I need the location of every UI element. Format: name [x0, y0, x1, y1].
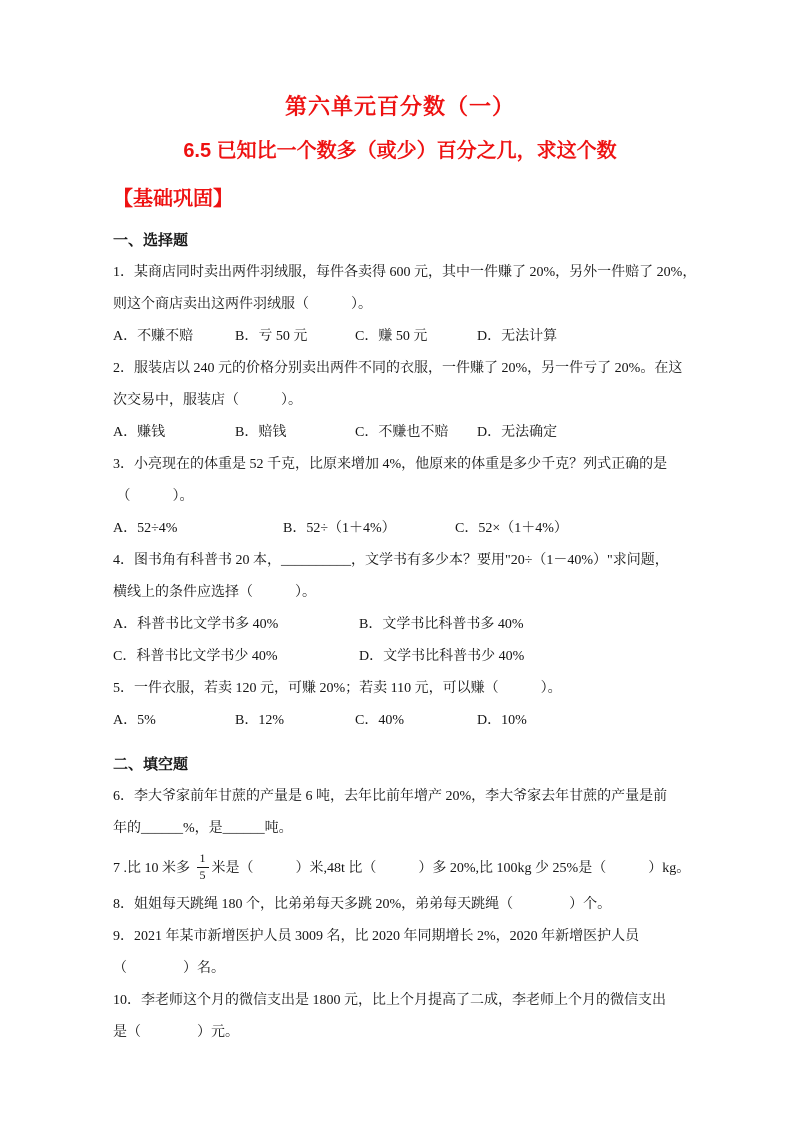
q4-options-row-2: C．科普书比文学书少 40% D．文学书比科普书少 40%: [113, 641, 687, 673]
q1-option-b: B．亏 50 元: [235, 321, 355, 353]
q6-line-2: 年的______%，是______吨。: [113, 813, 687, 845]
q4-option-d: D．文学书比科普书少 40%: [359, 641, 524, 673]
q4-option-b: B．文学书比科普书多 40%: [359, 609, 524, 641]
q3-option-b: B．52÷（1＋4%）: [283, 513, 455, 545]
q5-option-b: B．12%: [235, 705, 355, 737]
q3-options-row: A．52÷4% B．52÷（1＋4%） C．52×（1＋4%）: [113, 513, 687, 545]
q4-options-row-1: A．科普书比文学书多 40% B．文学书比科普书多 40%: [113, 609, 687, 641]
q2-option-b: B．赔钱: [235, 417, 355, 449]
doc-subtitle: 6.5 已知比一个数多（或少）百分之几，求这个数: [113, 138, 687, 164]
q3-option-a: A．52÷4%: [113, 513, 283, 545]
q4-option-a: A．科普书比文学书多 40%: [113, 609, 359, 641]
q1-options-row: A．不赚不赔 B．亏 50 元 C．赚 50 元 D．无法计算: [113, 321, 687, 353]
q4-line-1: 4．图书角有科普书 20 本，__________，文学书有多少本？要用"20÷…: [113, 545, 687, 577]
q7-text-post: 米是（ ）米,48t 比（ ）多 20%,比 100kg 少 25%是（ ）kg…: [212, 857, 691, 877]
q8-line-1: 8．姐姐每天跳绳 180 个，比弟弟每天多跳 20%，弟弟每天跳绳（ ）个。: [113, 889, 687, 921]
fraction-numerator: 1: [197, 852, 209, 867]
q3-line-2: （ ）。: [113, 481, 687, 513]
q5-option-a: A．5%: [113, 705, 235, 737]
q3-option-c: C．52×（1＋4%）: [455, 513, 568, 545]
q9-line-2: （ ）名。: [113, 953, 687, 985]
fraction-one-fifth: 1 5: [197, 852, 209, 883]
worksheet-page: 第六单元百分数（一） 6.5 已知比一个数多（或少）百分之几，求这个数 【基础巩…: [0, 0, 793, 1122]
q1-line-1: 1．某商店同时卖出两件羽绒服，每件各卖得 600 元，其中一件赚了 20%，另外…: [113, 257, 687, 289]
q9-line-1: 9．2021 年某市新增医护人员 3009 名，比 2020 年同期增长 2%，…: [113, 921, 687, 953]
worksheet-content: 第六单元百分数（一） 6.5 已知比一个数多（或少）百分之几，求这个数 【基础巩…: [0, 0, 793, 1049]
q5-options-row: A．5% B．12% C．40% D．10%: [113, 705, 687, 737]
q1-option-c: C．赚 50 元: [355, 321, 477, 353]
q7-line: 7 .比 10 米多 1 5 米是（ ）米,48t 比（ ）多 20%,比 10…: [113, 845, 687, 889]
q5-line-1: 5．一件衣服，若卖 120 元，可赚 20%；若卖 110 元，可以赚（ ）。: [113, 673, 687, 705]
q2-option-c: C．不赚也不赔: [355, 417, 477, 449]
q3-line-1: 3．小亮现在的体重是 52 千克，比原来增加 4%，他原来的体重是多少千克？列式…: [113, 449, 687, 481]
q1-option-d: D．无法计算: [477, 321, 557, 353]
part2-fill-header: 二、填空题: [113, 749, 687, 781]
q1-option-a: A．不赚不赔: [113, 321, 235, 353]
part1-choice-header: 一、选择题: [113, 225, 687, 257]
section-basics-header: 【基础巩固】: [113, 185, 687, 213]
q5-option-d: D．10%: [477, 705, 527, 737]
q2-option-a: A．赚钱: [113, 417, 235, 449]
q1-line-2: 则这个商店卖出这两件羽绒服（ ）。: [113, 289, 687, 321]
q10-line-1: 10．李老师这个月的微信支出是 1800 元，比上个月提高了二成，李老师上个月的…: [113, 985, 687, 1017]
q2-line-2: 次交易中，服装店（ ）。: [113, 385, 687, 417]
q7-text-pre: 7 .比 10 米多: [113, 857, 194, 877]
q4-option-c: C．科普书比文学书少 40%: [113, 641, 359, 673]
q2-line-1: 2．服装店以 240 元的价格分别卖出两件不同的衣服，一件赚了 20%，另一件亏…: [113, 353, 687, 385]
q2-option-d: D．无法确定: [477, 417, 557, 449]
q5-option-c: C．40%: [355, 705, 477, 737]
q2-options-row: A．赚钱 B．赔钱 C．不赚也不赔 D．无法确定: [113, 417, 687, 449]
fraction-denominator: 5: [197, 867, 209, 883]
doc-title: 第六单元百分数（一）: [113, 93, 687, 121]
q10-line-2: 是（ ）元。: [113, 1017, 687, 1049]
q6-line-1: 6．李大爷家前年甘蔗的产量是 6 吨，去年比前年增产 20%，李大爷家去年甘蔗的…: [113, 781, 687, 813]
q4-line-2: 横线上的条件应选择（ ）。: [113, 577, 687, 609]
